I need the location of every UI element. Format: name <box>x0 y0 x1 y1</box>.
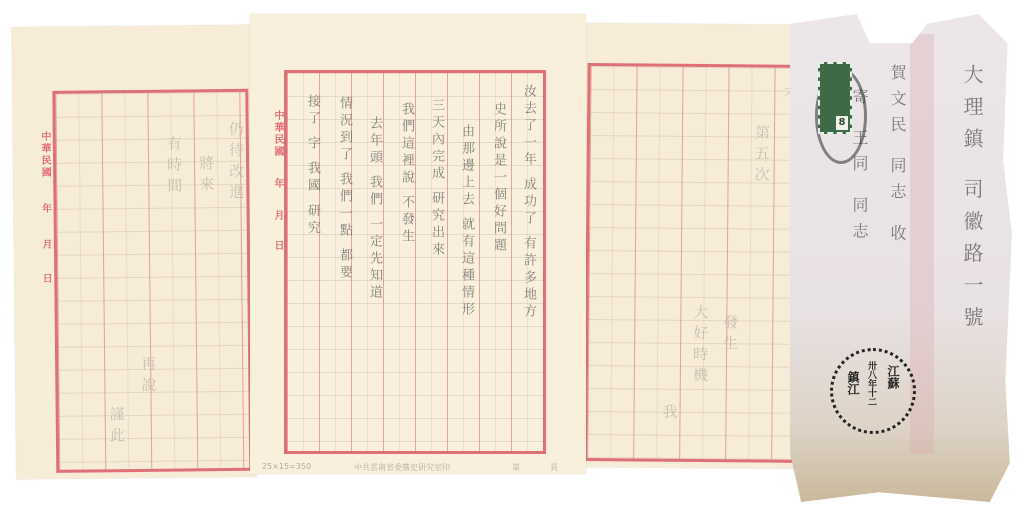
handwriting-column: 我 <box>646 404 692 425</box>
postmark: 江蘇 卅八年十二 鎮江 <box>830 348 916 434</box>
page-number-suffix: 頁 <box>550 462 558 473</box>
handwriting-column: 三天內完成 研究出來 <box>420 98 452 259</box>
handwriting-column: 大好時機 <box>677 304 724 388</box>
letter-page-3: 第 頁 不 第五次 發生 大好時機 我 <box>578 23 822 469</box>
handwriting-column: 我們這裡說 不發生 <box>390 102 422 246</box>
handwriting-column: 再說 <box>125 356 171 398</box>
handwriting-column: 史所說是一個好問題 <box>482 102 514 255</box>
paper-size-note: 25×15=350 <box>262 462 311 471</box>
date-label-day: 日 <box>38 273 53 285</box>
letter-page-1: 中華民國 年 月 日 仍待改進 將來 有時間 再說 謹此 <box>12 25 257 479</box>
date-label-month: 月 <box>38 239 53 251</box>
handwriting-column: 接了 字 我國 研究 <box>296 94 328 237</box>
date-label-year: 年 <box>37 203 52 215</box>
date-label-day: 日 <box>270 240 285 252</box>
date-label-year: 年 <box>270 178 285 190</box>
handwriting-column: 去年頭 我們 一定先知道 <box>358 116 390 302</box>
stamp-value: 8 <box>836 116 848 130</box>
envelope-address: 大理鎮 司徽路一號 <box>958 64 987 338</box>
handwriting-column: 有時間 <box>151 135 198 198</box>
handwriting-column: 汝去了一年 成功了 有許多地方 <box>512 84 544 321</box>
envelope-recipient: 賀文民 同志 收 <box>886 64 909 250</box>
handwriting-column: 謹此 <box>94 406 140 448</box>
publisher-imprint: 中共雲南省委黨史研究室印 <box>354 462 450 473</box>
postmark-office: 鎮江 <box>845 371 862 395</box>
red-ruled-frame <box>584 63 797 463</box>
handwriting-column: 情況到了 我們一點 都要 <box>328 96 360 282</box>
date-label-republic: 中華民國 <box>270 110 285 158</box>
postmark-place: 江蘇 <box>885 365 902 389</box>
date-label-republic: 中華民國 <box>37 131 53 179</box>
handwriting-column: 第五次 <box>739 124 786 187</box>
letter-page-2: 中華民國 年 月 日 汝去了一年 成功了 有許多地方 史所說是一個好問題 由那邊… <box>250 14 586 474</box>
postmark-date: 卅八年十二 <box>865 361 878 406</box>
page-number-prefix: 第 <box>512 462 520 473</box>
postage-stamp: 8 <box>818 62 852 134</box>
date-label-month: 月 <box>270 210 285 222</box>
handwriting-column: 由那邊上去 就有這種情形 <box>450 124 482 319</box>
